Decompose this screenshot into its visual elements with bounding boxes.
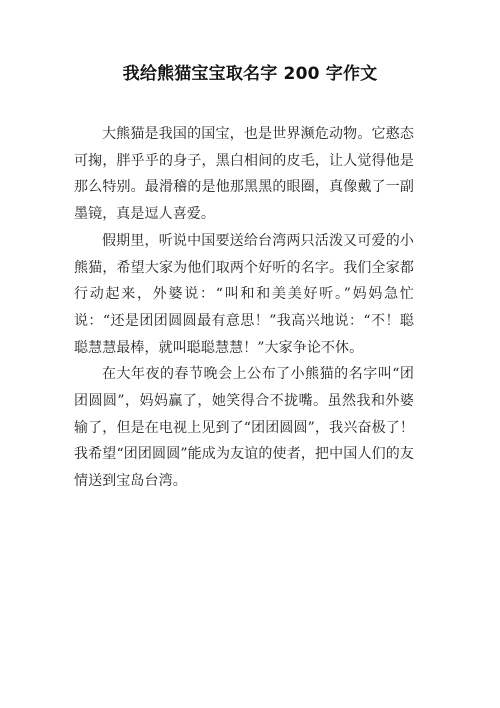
document-title: 我给熊猫宝宝取名字 200 字作文 [0, 62, 500, 86]
paragraph-1: 大熊猫是我国的国宝，也是世界濒危动物。它憨态可掬，胖乎乎的身子，黑白相间的皮毛，… [74, 121, 414, 228]
document-body: 大熊猫是我国的国宝，也是世界濒危动物。它憨态可掬，胖乎乎的身子，黑白相间的皮毛，… [74, 121, 414, 495]
paragraph-2: 假期里，听说中国要送给台湾两只活泼又可爱的小熊猫，希望大家为他们取两个好听的名字… [74, 228, 414, 362]
paragraph-3: 在大年夜的春节晚会上公布了小熊猫的名字叫“团团圆圆”，妈妈赢了，她笑得合不拢嘴。… [74, 361, 414, 495]
